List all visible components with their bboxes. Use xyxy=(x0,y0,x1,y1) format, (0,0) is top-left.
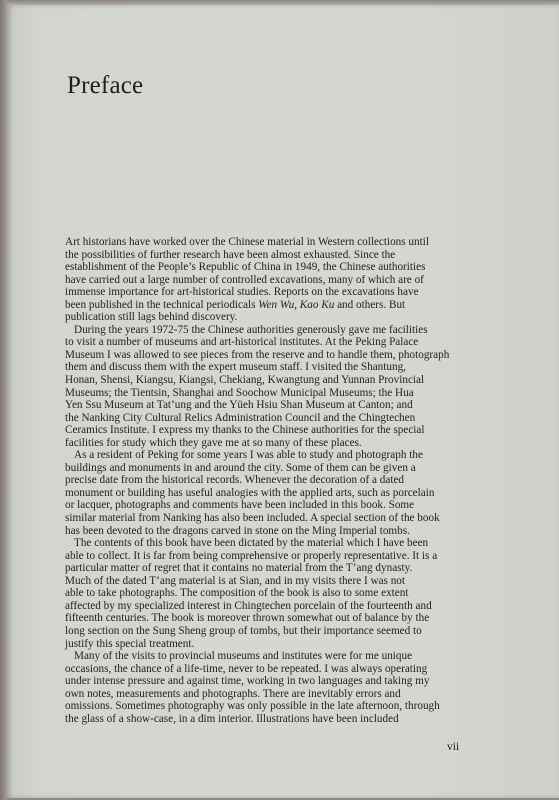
text-line: buildings and monuments in and around th… xyxy=(65,462,465,475)
text-line: occasions, the chance of a life-time, ne… xyxy=(65,663,465,676)
text-line: establishment of the People’s Republic o… xyxy=(65,261,465,274)
text-line: been published in the technical periodic… xyxy=(65,299,465,312)
text-line: Many of the visits to provincial museums… xyxy=(65,650,465,663)
text-line: During the years 1972-75 the Chinese aut… xyxy=(65,324,465,337)
text-line: monument or building has useful analogie… xyxy=(65,487,465,500)
text-line: has been devoted to the dragons carved i… xyxy=(65,525,465,538)
text-line: the possibilities of further research ha… xyxy=(65,249,465,262)
text-line: the Nanking City Cultural Relics Adminis… xyxy=(65,412,465,425)
text-line: As a resident of Peking for some years I… xyxy=(65,449,465,462)
periodical-name: Kao Ku xyxy=(300,299,335,311)
text-line: long section on the Sung Sheng group of … xyxy=(65,625,465,638)
text-line: publication still lags behind discovery. xyxy=(65,311,465,324)
paragraph: During the years 1972-75 the Chinese aut… xyxy=(65,324,465,449)
paragraph: As a resident of Peking for some years I… xyxy=(65,449,465,537)
text-line: Art historians have worked over the Chin… xyxy=(65,236,465,249)
page-number: vii xyxy=(447,741,459,753)
text-line: similar material from Nanking has also b… xyxy=(65,512,465,525)
text-line: able to collect. It is far from being co… xyxy=(65,550,465,563)
paragraph: Art historians have worked over the Chin… xyxy=(65,236,465,324)
text-line: have carried out a large number of contr… xyxy=(65,274,465,287)
book-binding-edge xyxy=(0,0,7,800)
page-title: Preface xyxy=(67,72,143,100)
paragraph: Many of the visits to provincial museums… xyxy=(65,650,465,725)
preface-body: Art historians have worked over the Chin… xyxy=(65,236,465,725)
paragraph: The contents of this book have been dict… xyxy=(65,537,465,650)
text-line: facilities for study which they gave me … xyxy=(65,437,465,450)
text-line: immense importance for art-historical st… xyxy=(65,286,465,299)
text-line: Museum I was allowed to see pieces from … xyxy=(65,349,465,362)
text-line: Yen Ssu Museum at Tat’ung and the Yüeh H… xyxy=(65,399,465,412)
text-line: Honan, Shensi, Kiangsu, Kiangsi, Chekian… xyxy=(65,374,465,387)
text-line: Museums; the Tientsin, Shanghai and Sooc… xyxy=(65,387,465,400)
text-line: under intense pressure and against time,… xyxy=(65,675,465,688)
text-line: fifteenth centuries. The book is moreove… xyxy=(65,612,465,625)
text-line: affected by my specialized interest in C… xyxy=(65,600,465,613)
text-line: them and discuss them with the expert mu… xyxy=(65,361,465,374)
text-line: own notes, measurements and photographs.… xyxy=(65,688,465,701)
text-line: particular matter of regret that it cont… xyxy=(65,562,465,575)
text-line: Ceramics Institute. I express my thanks … xyxy=(65,424,465,437)
text-line: justify this special treatment. xyxy=(65,638,465,651)
text-line: Much of the dated T’ang material is at S… xyxy=(65,575,465,588)
text-line: or lacquer, photographs and comments hav… xyxy=(65,499,465,512)
text-line: to visit a number of museums and art-his… xyxy=(65,336,465,349)
text-line: The contents of this book have been dict… xyxy=(65,537,465,550)
text-line: the glass of a show-case, in a dim inter… xyxy=(65,713,465,726)
periodical-name: Wen Wu xyxy=(258,299,294,311)
text-line: omissions. Sometimes photography was onl… xyxy=(65,700,465,713)
text-line: able to take photographs. The compositio… xyxy=(65,587,465,600)
text-line: precise date from the historical records… xyxy=(65,474,465,487)
